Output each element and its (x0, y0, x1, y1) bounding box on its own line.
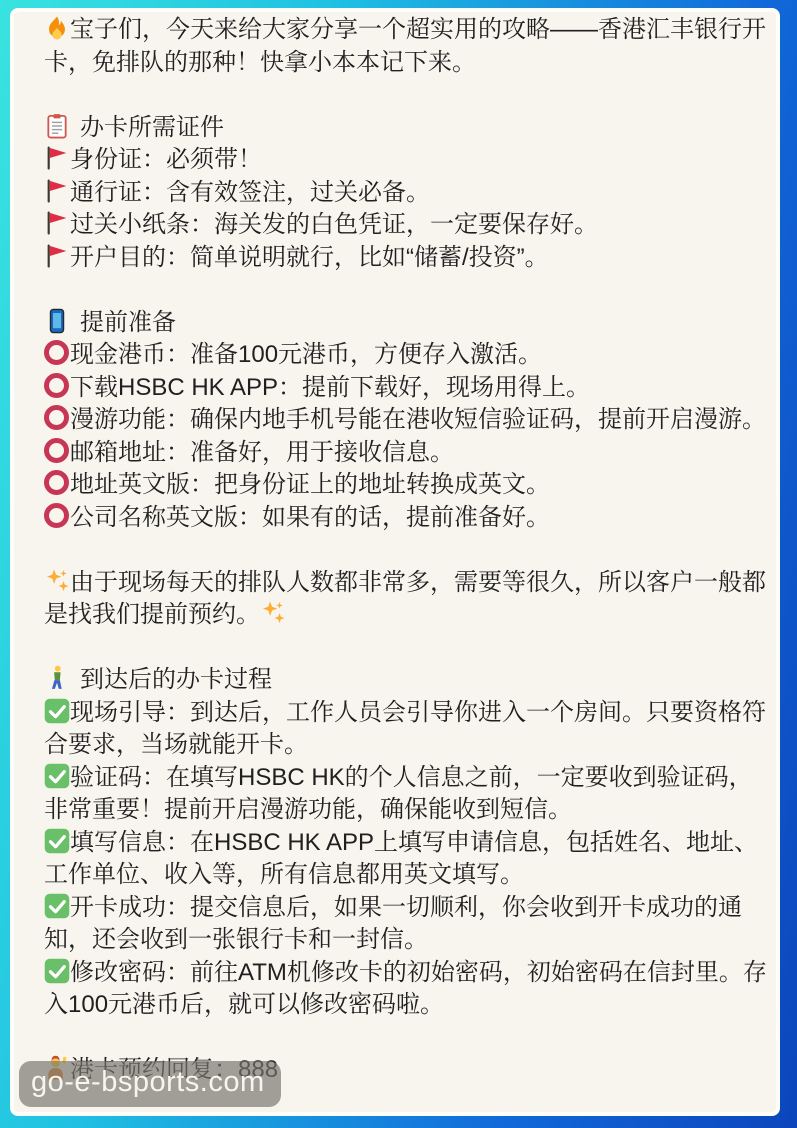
list-item-text: 地址英文版：把身份证上的地址转换成英文。 (70, 471, 550, 498)
red-flag-icon (44, 210, 70, 236)
walking-person-icon (44, 665, 70, 691)
hollow-red-circle-icon (44, 503, 69, 528)
green-check-icon (44, 828, 70, 854)
list-item-text: 通行证：含有效签注，过关必备。 (70, 179, 430, 206)
notice-text: 由于现场每天的排队人数都非常多，需要等很久，所以客户一般都是找我们提前预约。 (44, 569, 766, 629)
hollow-red-circle-icon (44, 340, 69, 365)
section-heading-text: 办卡所需证件 (80, 114, 224, 141)
list-item-text: 下载HSBC HK APP：提前下载好，现场用得上。 (70, 374, 590, 401)
list-item: 现场引导：到达后，工作人员会引导你进入一个房间。只要资格符合要求，当场就能开卡。 (44, 697, 770, 762)
list-item: 开户目的：简单说明就行，比如“储蓄/投资”。 (44, 242, 770, 275)
list-item-text: 填写信息：在HSBC HK APP上填写申请信息，包括姓名、地址、工作单位、收入… (44, 829, 758, 889)
green-check-icon (44, 958, 70, 984)
red-flag-icon (44, 145, 70, 171)
list-item: 开卡成功：提交信息后，如果一切顺利，你会收到开卡成功的通知，还会收到一张银行卡和… (44, 892, 770, 957)
list-item: 地址英文版：把身份证上的地址转换成英文。 (44, 469, 770, 502)
list-item: 邮箱地址：准备好，用于接收信息。 (44, 437, 770, 470)
section-heading-text: 提前准备 (80, 309, 176, 336)
section-heading-prepare: 提前准备 (44, 307, 770, 340)
list-item: 公司名称英文版：如果有的话，提前准备好。 (44, 502, 770, 535)
section-heading-process: 到达后的办卡过程 (44, 664, 770, 697)
hollow-red-circle-icon (44, 373, 69, 398)
list-item-text: 身份证：必须带！ (70, 146, 262, 173)
section-heading-text: 到达后的办卡过程 (80, 666, 272, 693)
intro-text: 宝子们，今天来给大家分享一个超实用的攻略——香港汇丰银行开卡，免排队的那种！快拿… (44, 16, 766, 76)
list-item: 现金港币：准备100元港币，方便存入激活。 (44, 339, 770, 372)
list-item-text: 邮箱地址：准备好，用于接收信息。 (70, 439, 454, 466)
sparkles-icon (260, 600, 286, 626)
clipboard-icon (44, 113, 70, 139)
red-flag-icon (44, 178, 70, 204)
list-item: 修改密码：前往ATM机修改卡的初始密码，初始密码在信封里。存入100元港币后，就… (44, 957, 770, 1022)
list-item-text: 现场引导：到达后，工作人员会引导你进入一个房间。只要资格符合要求，当场就能开卡。 (44, 699, 766, 759)
hollow-red-circle-icon (44, 438, 69, 463)
green-check-icon (44, 893, 70, 919)
list-item-text: 过关小纸条：海关发的白色凭证，一定要保存好。 (70, 211, 598, 238)
green-check-icon (44, 698, 70, 724)
fire-icon (44, 15, 70, 41)
section-heading-documents: 办卡所需证件 (44, 112, 770, 145)
list-item: 下载HSBC HK APP：提前下载好，现场用得上。 (44, 372, 770, 405)
mobile-phone-icon (44, 308, 70, 334)
list-item: 过关小纸条：海关发的白色凭证，一定要保存好。 (44, 209, 770, 242)
hollow-red-circle-icon (44, 470, 69, 495)
green-check-icon (44, 763, 70, 789)
list-item-text: 现金港币：准备100元港币，方便存入激活。 (70, 341, 542, 368)
list-item-text: 漫游功能：确保内地手机号能在港收短信验证码，提前开启漫游。 (70, 406, 766, 433)
list-item-text: 验证码：在填写HSBC HK的个人信息之前，一定要收到验证码，非常重要！提前开启… (44, 764, 753, 824)
list-item-text: 开卡成功：提交信息后，如果一切顺利，你会收到开卡成功的通知，还会收到一张银行卡和… (44, 894, 742, 954)
watermark-text: go-e-bsports.com (31, 1066, 265, 1098)
watermark: go-e-bsports.com (19, 1061, 281, 1107)
post-card: 宝子们，今天来给大家分享一个超实用的攻略——香港汇丰银行开卡，免排队的那种！快拿… (10, 8, 780, 1116)
hollow-red-circle-icon (44, 405, 69, 430)
list-item: 身份证：必须带！ (44, 144, 770, 177)
list-item-text: 公司名称英文版：如果有的话，提前准备好。 (70, 504, 550, 531)
list-item: 漫游功能：确保内地手机号能在港收短信验证码，提前开启漫游。 (44, 404, 770, 437)
list-item: 填写信息：在HSBC HK APP上填写申请信息，包括姓名、地址、工作单位、收入… (44, 827, 770, 892)
sparkles-icon (44, 568, 70, 594)
red-flag-icon (44, 243, 70, 269)
list-item-text: 修改密码：前往ATM机修改卡的初始密码，初始密码在信封里。存入100元港币后，就… (44, 959, 767, 1019)
list-item: 通行证：含有效签注，过关必备。 (44, 177, 770, 210)
list-item-text: 开户目的：简单说明就行，比如“储蓄/投资”。 (70, 244, 549, 271)
list-item: 验证码：在填写HSBC HK的个人信息之前，一定要收到验证码，非常重要！提前开启… (44, 762, 770, 827)
intro-paragraph: 宝子们，今天来给大家分享一个超实用的攻略——香港汇丰银行开卡，免排队的那种！快拿… (44, 14, 770, 79)
notice-paragraph: 由于现场每天的排队人数都非常多，需要等很久，所以客户一般都是找我们提前预约。 (44, 567, 770, 632)
